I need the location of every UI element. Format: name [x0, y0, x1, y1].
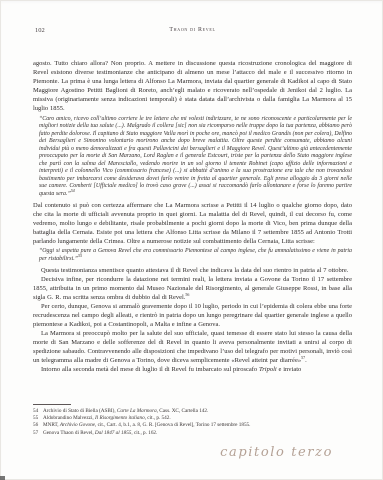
footnote-text: MNRT, Archivio Govone, cit., Cart. 4, b.… [43, 422, 352, 429]
paragraph-text-end: . [305, 357, 307, 364]
footnote-ref-55: 55 [78, 253, 82, 258]
footnote-rule [33, 404, 71, 405]
ship-name: Tripoli [259, 366, 277, 373]
paragraph-text-end: e inviato [277, 366, 302, 373]
block-quote-caro-amico: “Caro amico, ricevo coll’ultimo corriere… [39, 116, 352, 199]
footnote-citation-post: , cit., p. 162. [131, 430, 157, 436]
paragraph-intorno: Intorno alla seconda metà del mese di lu… [33, 365, 352, 374]
paragraph-la-marmora: La Marmora si preoccupò molto per la sal… [33, 329, 352, 365]
footnote-number: 55 [33, 415, 43, 422]
footnote-citation-pre: Aldobrandino Malvezzi, [43, 415, 95, 421]
quote-text: “Oggi si aspetta pure a Genova Revel che… [39, 248, 352, 262]
page-header: 102 Thaon di Revel [33, 27, 352, 37]
quote-text: “Caro amico, ricevo coll’ultimo corriere… [39, 116, 352, 197]
paragraph-questa: Questa testimonianza smentisce quanto at… [33, 266, 352, 275]
footnote-citation-pre: Archivio di Stato di Biella (ASBI), [43, 408, 117, 414]
footnote-number: 56 [33, 422, 43, 429]
paragraph-decisiva: Decisiva infine, per ricondurre la dataz… [33, 275, 352, 302]
footnote-57: 57 Genova Thaon di Revel, Dal 1847 al 18… [33, 430, 352, 437]
footnote-text: Genova Thaon di Revel, Dal 1847 al 1855,… [43, 430, 352, 437]
footnote-citation-post: , Cass. XC, Cartella 142. [157, 408, 209, 414]
footnote-citation-post: , cit., Cart. 4, b.1, a. 8, G. R. [Genov… [95, 422, 250, 428]
block-quote-oggi: “Oggi si aspetta pure a Genova Revel che… [39, 248, 352, 263]
paragraph-text: Intorno alla seconda metà del mese di lu… [41, 366, 259, 373]
footnote-number: 54 [33, 408, 43, 415]
footnote-citation-pre: Genova Thaon di Revel, [43, 430, 95, 436]
footnote-citation-title: Carte La Marmora [117, 408, 157, 414]
footnote-citation-title: Archivio Govone [60, 422, 95, 428]
footnote-text: Aldobrandino Malvezzi, Il Risorgimento i… [43, 415, 352, 422]
page-body: agosto. Tutto chiaro allora? Non proprio… [33, 59, 352, 374]
footnote-56: 56 MNRT, Archivio Govone, cit., Cart. 4,… [33, 422, 352, 429]
chapter-footer: capitolo terzo [220, 445, 333, 460]
paragraph-text: Decisiva infine, per ricondurre la dataz… [33, 276, 352, 301]
running-head: Thaon di Revel [33, 27, 352, 33]
footnote-number: 57 [33, 430, 43, 437]
footnote-ref-54: 54 [71, 188, 75, 193]
footnote-citation-title: Dal 1847 al 1855 [95, 430, 131, 436]
footnote-citation-post: , cit., p. 542. [145, 415, 171, 421]
paragraph-dal-contenuto: Dal contenuto si può con certezza afferm… [33, 201, 352, 246]
footnotes-section: 54 Archivio di Stato di Biella (ASBI), C… [33, 404, 352, 437]
paragraph-agosto: agosto. Tutto chiaro allora? Non proprio… [33, 59, 352, 113]
footnote-citation-title: Il Risorgimento italiano [95, 415, 145, 421]
book-page: 102 Thaon di Revel agosto. Tutto chiaro … [0, 0, 383, 480]
paragraph-per-certo: Per certo, dunque, Genova si ammalò grav… [33, 302, 352, 329]
footnote-54: 54 Archivio di Stato di Biella (ASBI), C… [33, 408, 352, 415]
scan-artifact [0, 476, 5, 480]
footnote-ref-56: 56 [185, 291, 189, 296]
footnote-55: 55 Aldobrandino Malvezzi, Il Risorgiment… [33, 415, 352, 422]
footnote-citation-pre: MNRT, [43, 422, 60, 428]
footnote-text: Archivio di Stato di Biella (ASBI), Cart… [43, 408, 352, 415]
